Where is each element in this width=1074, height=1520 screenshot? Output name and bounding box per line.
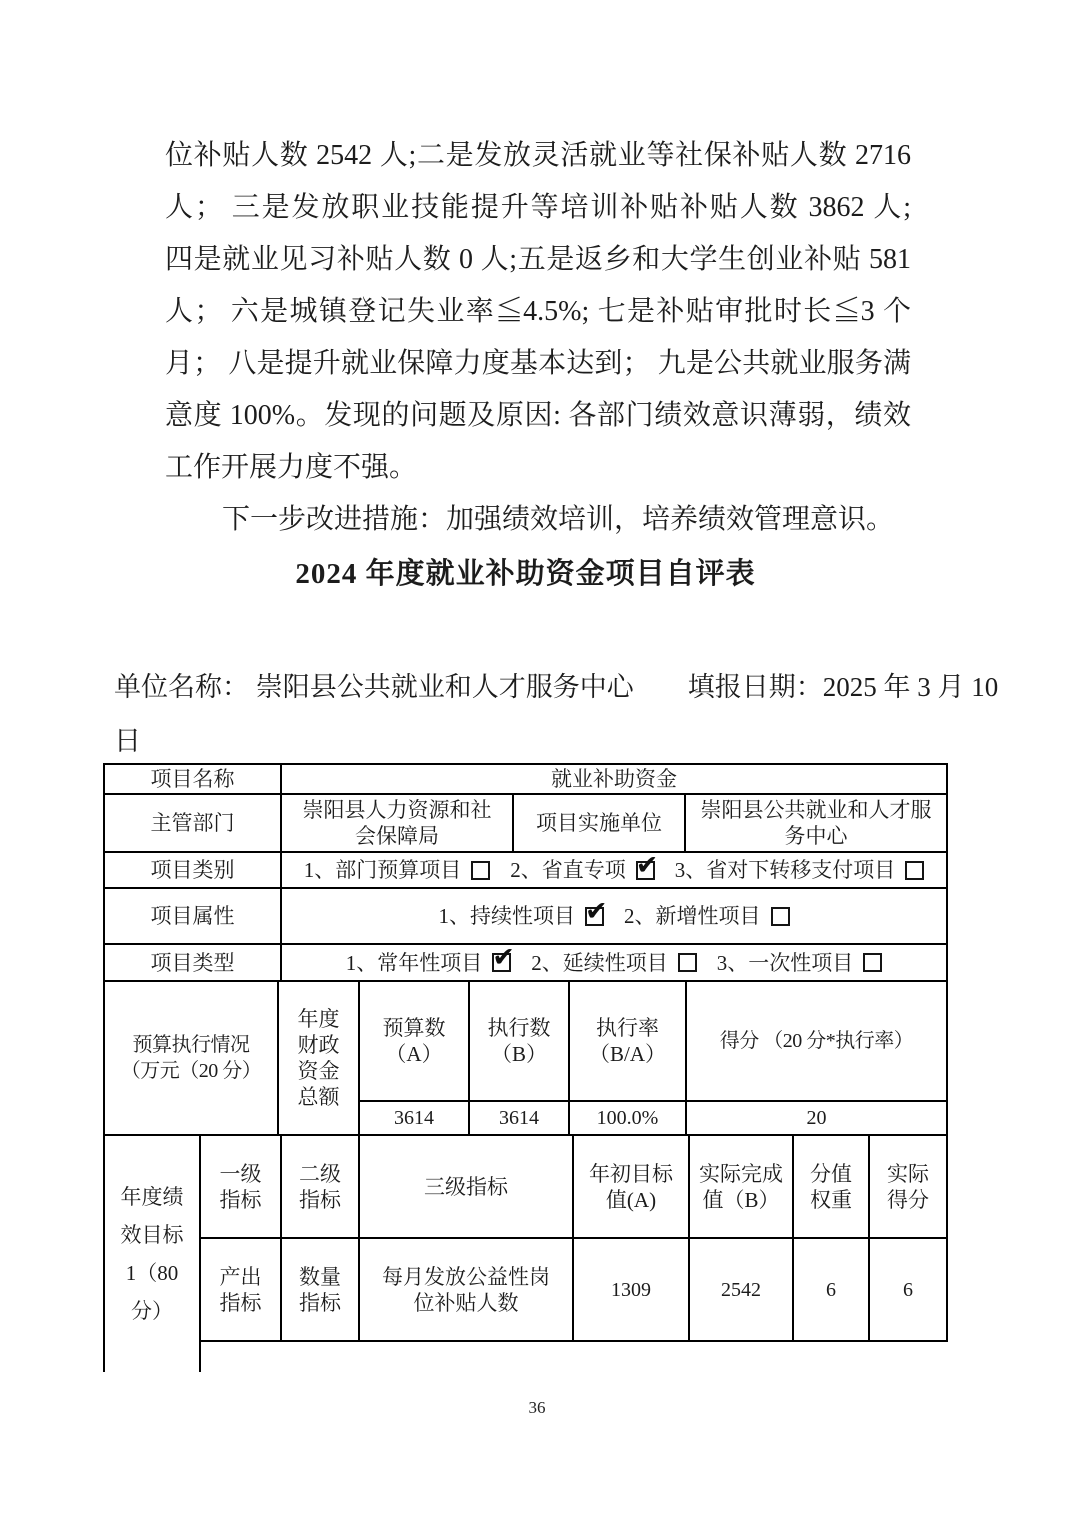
option-label: 1、部门预算项目: [304, 857, 462, 883]
checkbox-empty-icon[interactable]: [905, 861, 924, 880]
unit-and-date-line: 单位名称： 崇阳县公共就业和人才服务中心 填报日期：2025 年 3 月 10 …: [114, 660, 954, 768]
budget-header-subrow: 预算数 （A） 执行数 （B） 执行率 （B/A） 得分 （20 分*执行率）: [360, 982, 948, 1102]
cell-dept-value: 崇阳县人力资源和社 会保障局: [282, 795, 514, 853]
page-number: 36: [0, 1398, 1074, 1418]
cell-level1-header: 一级 指标: [201, 1136, 282, 1239]
document-title: 2024 年度就业补助资金项目自评表: [103, 546, 948, 602]
cell-score-header: 得分 （20 分*执行率）: [687, 982, 948, 1102]
self-evaluation-table: 项目名称 就业补助资金 主管部门 崇阳县人力资源和社 会保障局 项目实施单位 崇…: [103, 763, 948, 1372]
cell-level3-header: 三级指标: [360, 1136, 574, 1239]
cell-planned-value: 3614: [360, 1102, 470, 1136]
option-label: 2、新增性项目: [624, 903, 761, 929]
text-line: 四是就业见习补贴人数 0 人;五是返乡和大学生创业补贴 581: [165, 234, 911, 286]
table-row-project-name: 项目名称 就业补助资金: [105, 765, 948, 795]
budget-values-subrow: 3614 3614 100.0% 20: [360, 1102, 948, 1136]
cell-target-value: 1309: [574, 1239, 690, 1342]
cell-weight-header: 分值 权重: [794, 1136, 870, 1239]
text-line: 人； 六是城镇登记失业率≦4.5%; 七是补贴审批时长≦3 个: [165, 286, 911, 338]
performance-data-row: 产出 指标 数量 指标 每月发放公益性岗 位补贴人数 1309 2542 6 6: [201, 1239, 948, 1342]
cell-budget-label: 预算执行情况 （万元（20 分）: [105, 982, 279, 1136]
cell-score-value: 20: [687, 1102, 948, 1136]
checkbox-empty-icon[interactable]: [678, 953, 697, 972]
budget-subgrid: 预算数 （A） 执行数 （B） 执行率 （B/A） 得分 （20 分*执行率） …: [360, 982, 948, 1136]
cell-dept-label: 主管部门: [105, 795, 282, 853]
table-row-category: 项目类别 1、部门预算项目2、省直专项3、省对下转移支付项目: [105, 853, 948, 889]
cell-level1-value: 产出 指标: [201, 1239, 282, 1342]
cell-actual-header: 实际完成 值（B）: [690, 1136, 794, 1239]
cell-type-options: 1、常年性项目2、延续性项目3、一次性项目: [282, 945, 948, 982]
checkbox-checked-icon[interactable]: [492, 953, 511, 972]
text-line: 位补贴人数 2542 人;二是发放灵活就业等社保补贴人数 2716: [165, 130, 911, 182]
performance-header-row: 一级 指标 二级 指标 三级指标 年初目标 值(A) 实际完成 值（B） 分值 …: [201, 1136, 948, 1239]
cell-rate-value: 100.0%: [570, 1102, 687, 1136]
paragraph-summary: 位补贴人数 2542 人;二是发放灵活就业等社保补贴人数 2716 人； 三是发…: [165, 130, 911, 546]
unit-date-text-wrap: 日: [114, 714, 954, 768]
checkbox-checked-icon[interactable]: [636, 861, 655, 880]
text-line: 月； 八是提升就业保障力度基本达到； 九是公共就业服务满: [165, 338, 911, 390]
unit-date-text: 单位名称： 崇阳县公共就业和人才服务中心 填报日期：2025 年 3 月 10: [114, 660, 954, 714]
table-rows-performance: 年度绩 效目标 1（80 分） 一级 指标 二级 指标 三级指标 年初目标 值(…: [105, 1136, 948, 1372]
table-row-budget: 预算执行情况 （万元（20 分） 年度 财政 资金 总额 预算数 （A） 执行数…: [105, 982, 948, 1136]
cell-category-label: 项目类别: [105, 853, 282, 889]
text-line: 意度 100%。发现的问题及原因: 各部门绩效意识薄弱，绩效: [165, 390, 911, 442]
cell-weight-value: 6: [794, 1239, 870, 1342]
cell-impl-unit-label: 项目实施单位: [514, 795, 686, 853]
cell-impl-unit-value: 崇阳县公共就业和人才服 务中心: [686, 795, 948, 853]
option-label: 3、省对下转移支付项目: [675, 857, 896, 883]
cell-level2-value: 数量 指标: [282, 1239, 360, 1342]
cell-score-col-header: 实际 得分: [870, 1136, 948, 1239]
option-label: 1、常年性项目: [346, 950, 483, 976]
checkbox-empty-icon[interactable]: [863, 953, 882, 972]
performance-subgrid: 一级 指标 二级 指标 三级指标 年初目标 值(A) 实际完成 值（B） 分值 …: [201, 1136, 948, 1372]
text-line-next-step: 下一步改进措施：加强绩效培训，培养绩效管理意识。: [165, 494, 911, 546]
text-line: 工作开展力度不强。: [165, 442, 911, 494]
table-row-attribute: 项目属性 1、持续性项目2、新增性项目: [105, 889, 948, 945]
cell-level2-header: 二级 指标: [282, 1136, 360, 1239]
cell-attribute-label: 项目属性: [105, 889, 282, 945]
cell-annual-goal-label: 年度绩 效目标 1（80 分）: [105, 1136, 201, 1372]
cell-project-name-value: 就业补助资金: [282, 765, 948, 795]
cell-executed-value: 3614: [470, 1102, 570, 1136]
option-label: 3、一次性项目: [717, 950, 854, 976]
checkbox-checked-icon[interactable]: [585, 907, 604, 926]
cell-target-header: 年初目标 值(A): [574, 1136, 690, 1239]
cell-type-label: 项目类型: [105, 945, 282, 982]
cell-category-options: 1、部门预算项目2、省直专项3、省对下转移支付项目: [282, 853, 948, 889]
option-label: 1、持续性项目: [439, 903, 576, 929]
checkbox-empty-icon[interactable]: [471, 861, 490, 880]
cell-level3-value: 每月发放公益性岗 位补贴人数: [360, 1239, 574, 1342]
document-page: 位补贴人数 2542 人;二是发放灵活就业等社保补贴人数 2716 人； 三是发…: [0, 0, 1074, 1520]
cell-row-score-value: 6: [870, 1239, 948, 1342]
text-line: 人； 三是发放职业技能提升等培训补贴补贴人数 3862 人;: [165, 182, 911, 234]
cell-planned-header: 预算数 （A）: [360, 982, 470, 1102]
table-row-departments: 主管部门 崇阳县人力资源和社 会保障局 项目实施单位 崇阳县公共就业和人才服 务…: [105, 795, 948, 853]
cell-executed-header: 执行数 （B）: [470, 982, 570, 1102]
table-row-type: 项目类型 1、常年性项目2、延续性项目3、一次性项目: [105, 945, 948, 982]
cell-rate-header: 执行率 （B/A）: [570, 982, 687, 1102]
checkbox-empty-icon[interactable]: [771, 907, 790, 926]
cell-actual-value: 2542: [690, 1239, 794, 1342]
cell-annual-fund-label: 年度 财政 资金 总额: [279, 982, 360, 1136]
cell-attribute-options: 1、持续性项目2、新增性项目: [282, 889, 948, 945]
option-label: 2、省直专项: [510, 857, 626, 883]
option-label: 2、延续性项目: [531, 950, 668, 976]
cell-project-name-label: 项目名称: [105, 765, 282, 795]
